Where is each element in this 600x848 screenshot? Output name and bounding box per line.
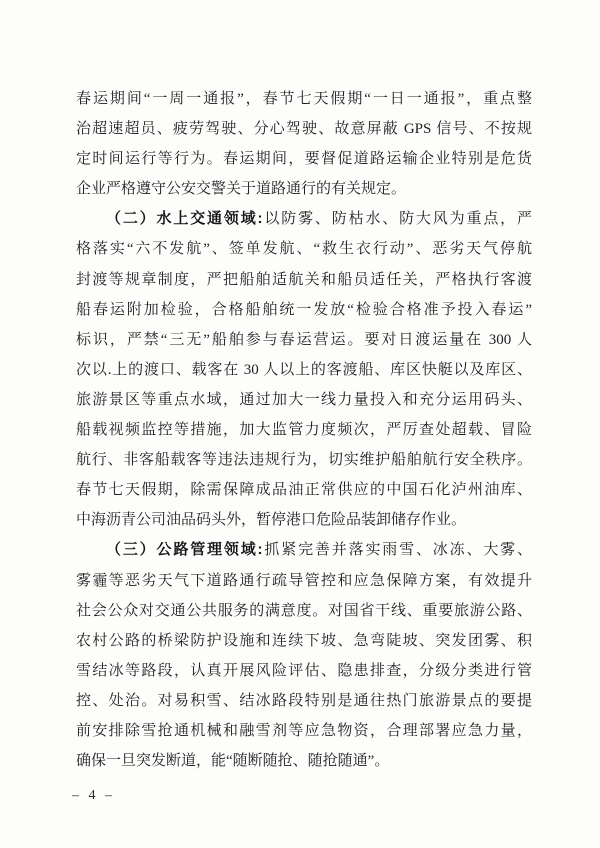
text-line: 次以.上的渡口、载客在 30 人以上的客渡船、库区快艇以及库区、	[76, 355, 532, 385]
text-line: 航行、非客船载客等违法违规行为，切实维护船舶航行安全秩序。	[76, 445, 532, 475]
text-line: 封渡等规章制度，严把船舶适航关和船员适任关，严格执行客渡	[76, 265, 532, 295]
text-line: 船春运附加检验，合格船舶统一发放“检验合格准予投入春运”	[76, 295, 532, 325]
text-line: 治超速超员、疲劳驾驶、分心驾驶、故意屏蔽 GPS 信号、不按规	[76, 114, 532, 144]
text-line: 中海沥青公司油品码头外，暂停港口危险品装卸储存作业。	[76, 505, 532, 535]
text-line: 前安排除雪抢通机械和融雪剂等应急物资，合理部署应急力量，	[76, 716, 532, 746]
text-line: 确保一旦突发断道，能“随断随抢、随抢随通”。	[76, 746, 532, 776]
text-line: 标识，严禁“三无”船舶参与春运营运。要对日渡运量在 300 人	[76, 325, 532, 355]
text-line: 控、处治。对易积雪、结冰路段特别是通往热门旅游景点的要提	[76, 686, 532, 716]
document-page: 春运期间“一周一通报”，春节七天假期“一日一通报”，重点整治超速超员、疲劳驾驶、…	[0, 0, 600, 848]
text-line: 船载视频监控等措施，加大监管力度频次，严厉查处超载、冒险	[76, 415, 532, 445]
text-line: 雾霾等恶劣天气下道路通行疏导管控和应急保障方案，有效提升	[76, 566, 532, 596]
section-heading: （三）公路管理领域:	[106, 541, 263, 558]
document-body: 春运期间“一周一通报”，春节七天假期“一日一通报”，重点整治超速超员、疲劳驾驶、…	[76, 84, 532, 776]
text-line: （二）水上交通领域:以防雾、防枯水、防大风为重点，严	[76, 204, 532, 234]
text-line: 春节七天假期，除需保障成品油正常供应的中国石化泸州油库、	[76, 475, 532, 505]
page-number: – 4 –	[72, 788, 115, 804]
text-line: 格落实“六不发航”、签单发航、“救生衣行动”、恶劣天气停航	[76, 234, 532, 264]
text-line: 企业严格遵守公安交警关于道路通行的有关规定。	[76, 174, 532, 204]
text-line: 农村公路的桥梁防护设施和连续下坡、急弯陡坡、突发团雾、积	[76, 626, 532, 656]
section-heading: （二）水上交通领域:	[106, 210, 263, 227]
text-line: 雪结冰等路段，认真开展风险评估、隐患排查，分级分类进行管	[76, 656, 532, 686]
text-line: 旅游景区等重点水域，通过加大一线力量投入和充分运用码头、	[76, 385, 532, 415]
text-line: 春运期间“一周一通报”，春节七天假期“一日一通报”，重点整	[76, 84, 532, 114]
text-line: 定时间运行等行为。春运期间，要督促道路运输企业特别是危货	[76, 144, 532, 174]
text-line: （三）公路管理领域:抓紧完善并落实雨雪、冰冻、大雾、	[76, 535, 532, 565]
text-line: 社会公众对交通公共服务的满意度。对国省干线、重要旅游公路、	[76, 596, 532, 626]
